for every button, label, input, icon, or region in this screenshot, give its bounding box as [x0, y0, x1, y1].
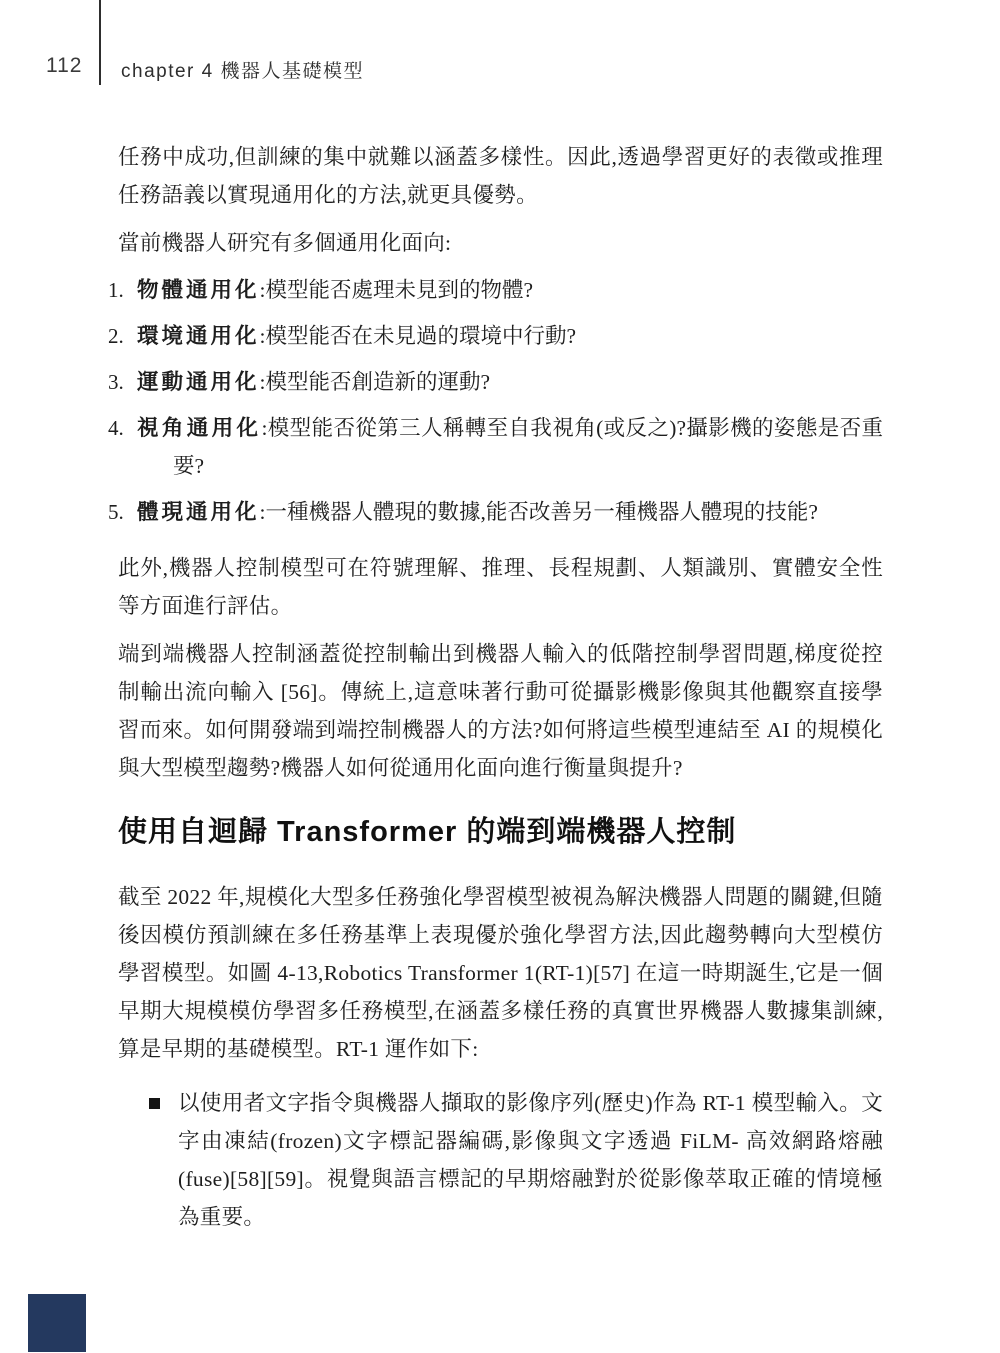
list-number: 2. [108, 317, 124, 355]
list-description: :模型能否從第三人稱轉至自我視角(或反之)?攝影機的姿態是否重要? [173, 416, 883, 478]
page-content: 任務中成功,但訓練的集中就難以涵蓋多樣性。因此,透過學習更好的表徵或推理任務語義… [118, 138, 883, 1236]
rt1-paragraph: 截至 2022 年,規模化大型多任務強化學習模型被視為解決機器人問題的關鍵,但隨… [118, 878, 883, 1068]
list-number: 1. [108, 271, 124, 309]
end-to-end-paragraph: 端到端機器人控制涵蓋從控制輸出到機器人輸入的低階控制學習問題,梯度從控制輸出流向… [118, 635, 883, 787]
square-bullet-icon [149, 1098, 160, 1109]
list-description: :模型能否在未見過的環境中行動? [260, 324, 577, 348]
list-number: 4. [108, 409, 124, 447]
list-term: 視角通用化 [137, 416, 261, 440]
list-number: 5. [108, 493, 124, 531]
header-divider [99, 0, 101, 85]
list-lead-paragraph: 當前機器人研究有多個通用化面向: [118, 224, 883, 262]
list-item: 4.視角通用化:模型能否從第三人稱轉至自我視角(或反之)?攝影機的姿態是否重要? [118, 409, 883, 485]
list-term: 環境通用化 [137, 324, 260, 348]
list-item: 2.環境通用化:模型能否在未見過的環境中行動? [118, 317, 883, 355]
chapter-title: chapter 4 機器人基礎模型 [121, 56, 364, 83]
bullet-text: 以使用者文字指令與機器人擷取的影像序列(歷史)作為 RT-1 模型輸入。文字由凍… [178, 1091, 883, 1229]
list-description: :一種機器人體現的數據,能否改善另一種機器人體現的技能? [260, 500, 818, 524]
bullet-item: 以使用者文字指令與機器人擷取的影像序列(歷史)作為 RT-1 模型輸入。文字由凍… [118, 1084, 883, 1236]
corner-tab [28, 1294, 86, 1352]
page-number: 112 [46, 54, 82, 78]
list-item: 1.物體通用化:模型能否處理未見到的物體? [118, 271, 883, 309]
list-number: 3. [108, 363, 124, 401]
list-item: 5.體現通用化:一種機器人體現的數據,能否改善另一種機器人體現的技能? [118, 493, 883, 531]
list-description: :模型能否創造新的運動? [260, 370, 491, 394]
intro-paragraph: 任務中成功,但訓練的集中就難以涵蓋多樣性。因此,透過學習更好的表徵或推理任務語義… [118, 138, 883, 214]
list-term: 物體通用化 [137, 278, 260, 302]
list-description: :模型能否處理未見到的物體? [260, 278, 534, 302]
evaluation-paragraph: 此外,機器人控制模型可在符號理解、推理、長程規劃、人類識別、實體安全性等方面進行… [118, 549, 883, 625]
list-term: 運動通用化 [137, 370, 260, 394]
rt1-bullet-list: 以使用者文字指令與機器人擷取的影像序列(歷史)作為 RT-1 模型輸入。文字由凍… [118, 1084, 883, 1236]
list-term: 體現通用化 [137, 500, 260, 524]
generalization-numbered-list: 1.物體通用化:模型能否處理未見到的物體? 2.環境通用化:模型能否在未見過的環… [118, 271, 883, 531]
list-item: 3.運動通用化:模型能否創造新的運動? [118, 363, 883, 401]
section-heading: 使用自迴歸 Transformer 的端到端機器人控制 [118, 809, 883, 850]
